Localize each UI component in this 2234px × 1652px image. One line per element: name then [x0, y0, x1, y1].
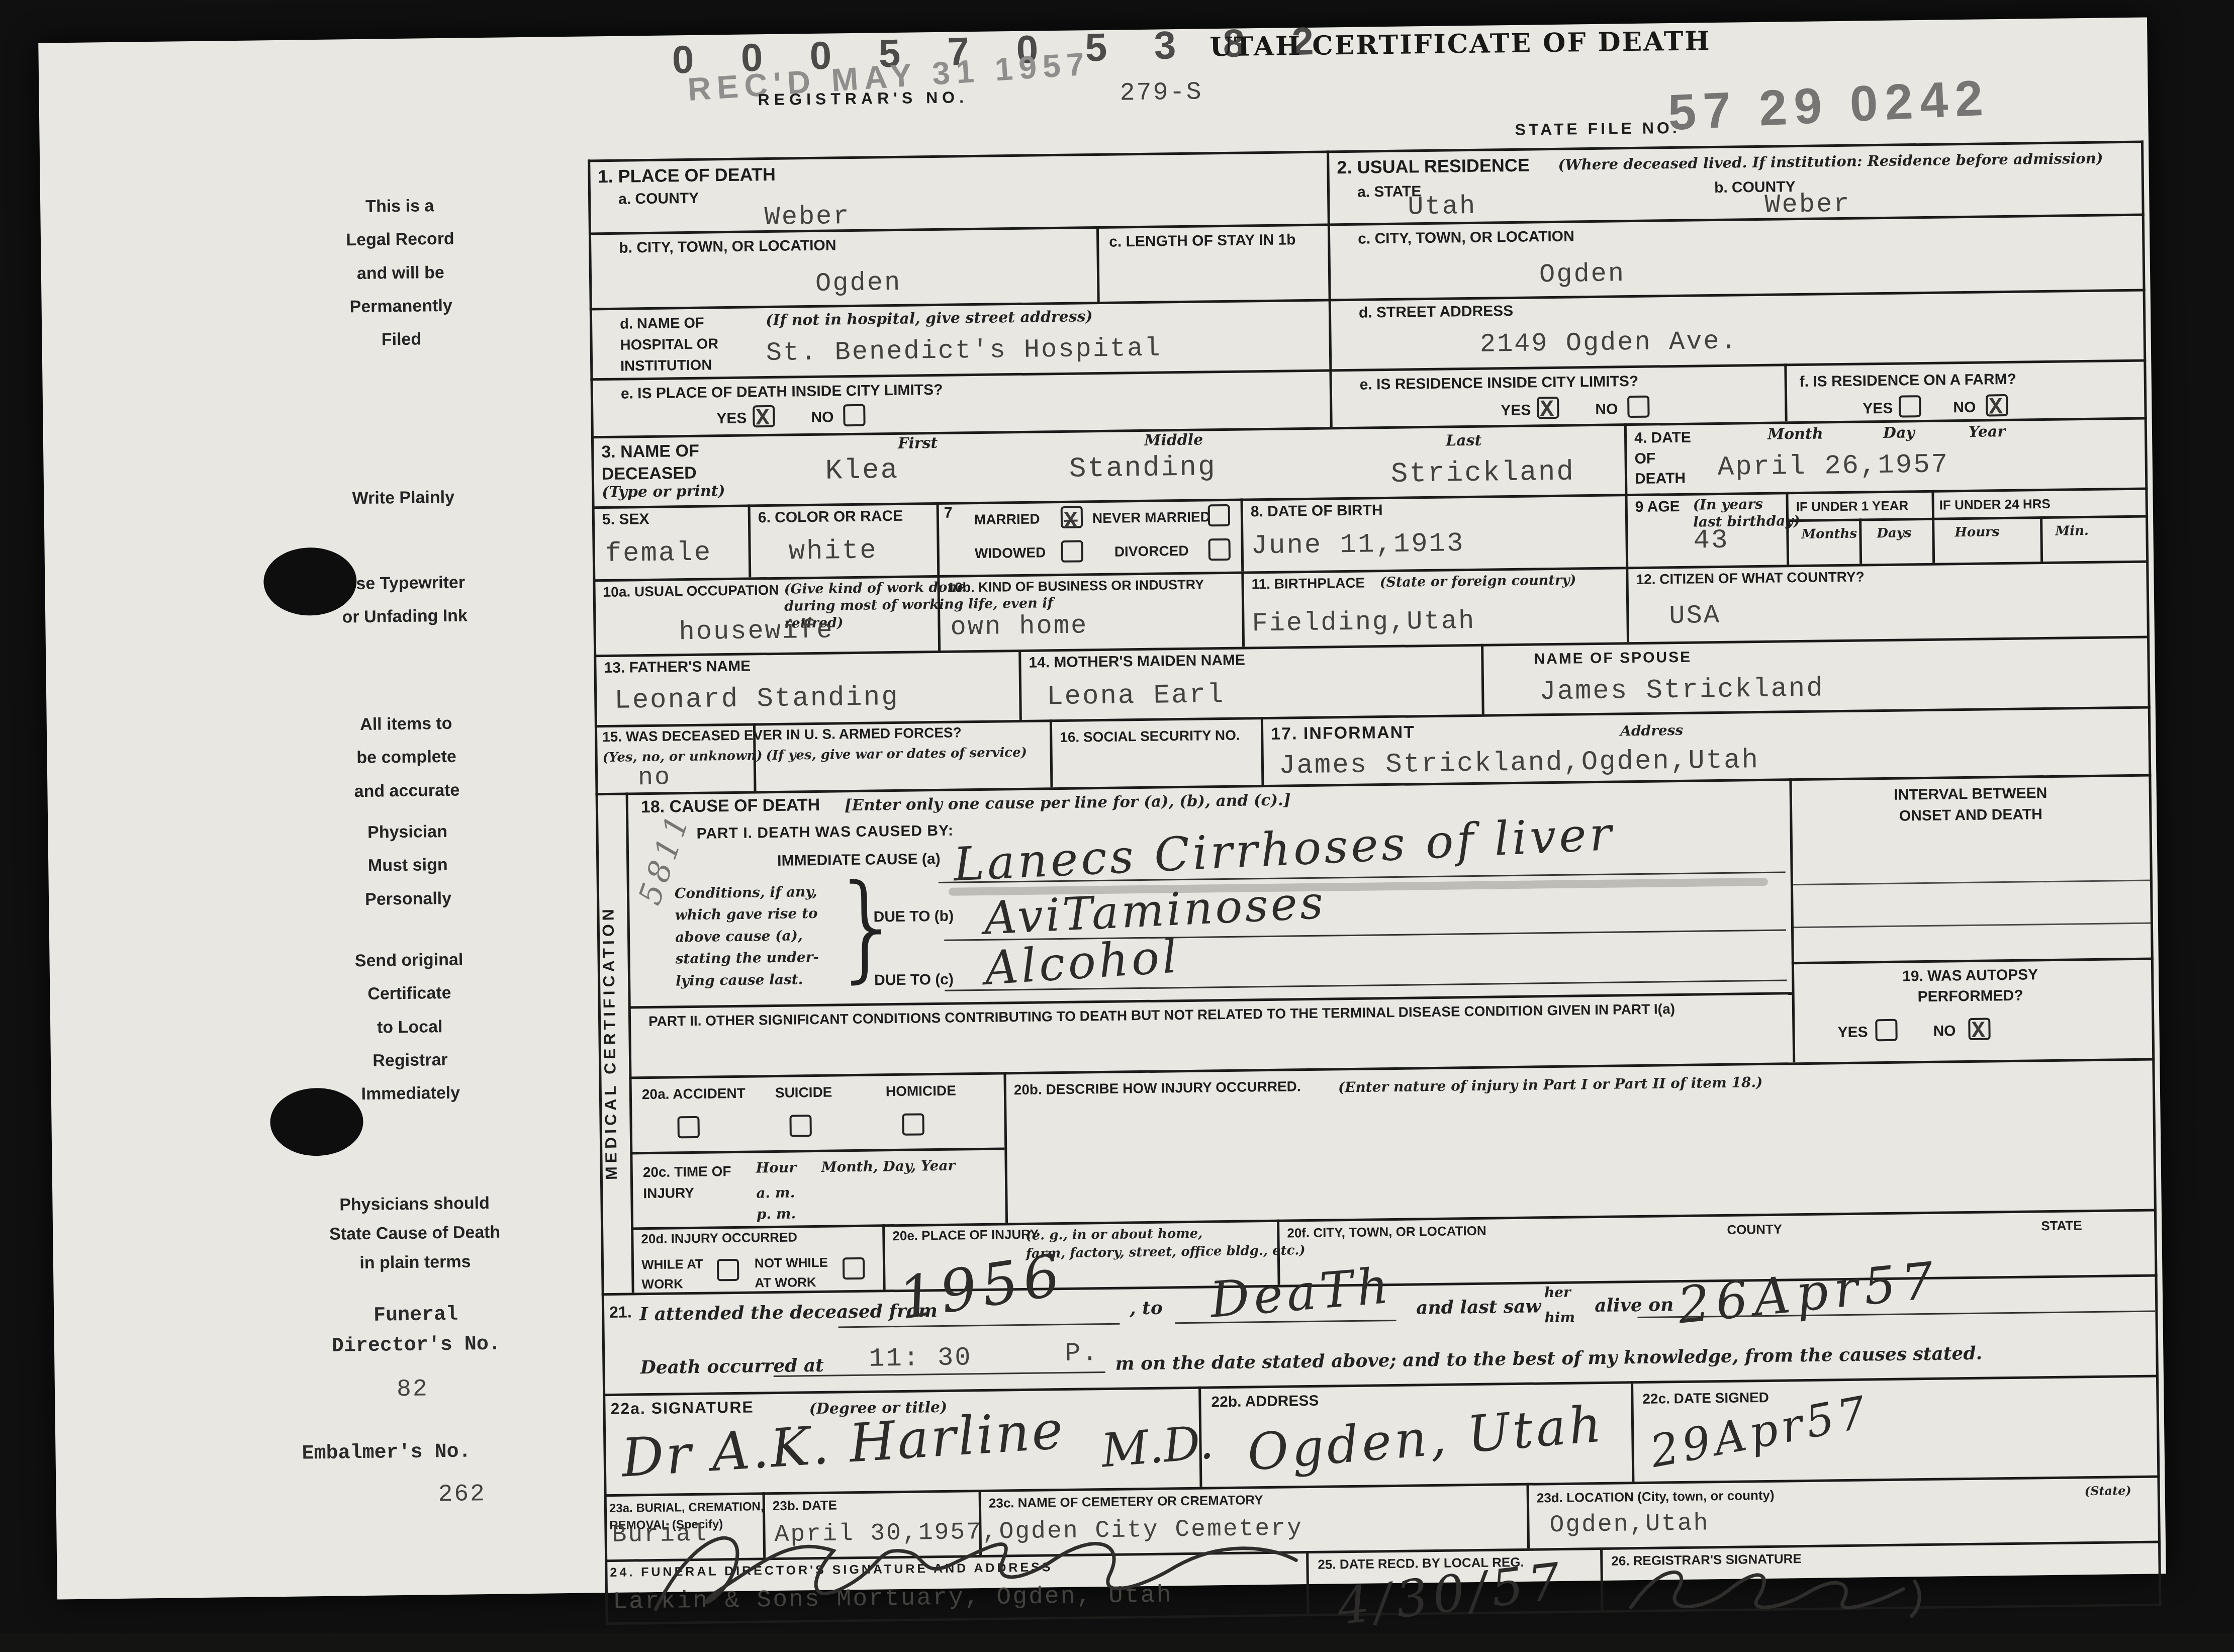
state-file-no-label: STATE FILE NO.	[1515, 119, 1680, 139]
s1a-value: Weber	[764, 202, 851, 232]
s20a-suicide-checkbox	[789, 1115, 812, 1137]
s21-number: 21.	[609, 1303, 632, 1322]
s9-hours-label: Hours	[1954, 524, 2000, 540]
s2b-value: Weber	[1764, 190, 1851, 220]
s19-yes-checkbox	[1875, 1019, 1898, 1042]
hole-punch-bottom	[270, 1087, 364, 1156]
s15-hint1: (Yes, no, or unknown)	[603, 748, 763, 765]
s9-months-label: Months	[1801, 526, 1857, 542]
funeral-directors-no-value: 82	[397, 1375, 429, 1403]
s17-value: James Strickland,Ogden,Utah	[1279, 745, 1760, 782]
s2e-no-label: NO	[1595, 401, 1618, 418]
s20e-hint: (e. g., in or about home, farm, factory,…	[1026, 1223, 1306, 1263]
s16-label: 16. SOCIAL SECURITY NO.	[1060, 727, 1256, 746]
s3-first-label: First	[898, 434, 938, 452]
s11-label: 11. BIRTHPLACE	[1251, 575, 1365, 593]
s21-time-typed: 11: 30	[869, 1343, 972, 1374]
s9-label: 9 AGE	[1635, 498, 1680, 516]
s2f-label: f. IS RESIDENCE ON A FARM?	[1800, 371, 2017, 391]
s20c-am-label: a. m.	[756, 1184, 795, 1202]
margin-note-write-plainly: Write Plainly	[285, 480, 522, 516]
spouse-value: James Strickland	[1539, 673, 1824, 707]
s20f-county-label: COUNTY	[1727, 1222, 1782, 1238]
s9-min-label: Min.	[2055, 523, 2089, 539]
s23d-state-hint: (State)	[2085, 1483, 2131, 1498]
s12-value: USA	[1669, 601, 1721, 631]
s4-year-label: Year	[1969, 423, 2006, 441]
medical-certification-label: MEDICAL CERTIFICATION	[598, 793, 630, 1294]
s20f-state-label: STATE	[2041, 1218, 2082, 1234]
s10b-value: own home	[950, 611, 1088, 642]
s15-value: no	[638, 763, 672, 792]
margin-note-plain-terms: Physicians should State Cause of Death i…	[278, 1188, 551, 1278]
s3-middle-value: Standing	[1069, 451, 1217, 485]
s1b-value: Ogden	[815, 268, 902, 299]
s3-middle-label: Middle	[1144, 431, 1203, 449]
s22b-label: 22b. ADDRESS	[1211, 1393, 1319, 1411]
s15-hint2: (If yes, give war or dates of service)	[766, 745, 1027, 763]
s20d-nwa-label: NOT WHILE AT WORK	[755, 1253, 828, 1293]
s3-hint: (Type or print)	[602, 482, 725, 501]
s13-value: Leonard Standing	[614, 682, 899, 716]
s20c-label: 20c. TIME OF INJURY	[643, 1161, 732, 1204]
s1-label: 1. PLACE OF DEATH	[598, 164, 776, 187]
s2e-no-checkbox	[1627, 396, 1650, 418]
s2-label: 2. USUAL RESIDENCE	[1337, 155, 1530, 178]
s20e-label: 20e. PLACE OF INJURY	[892, 1227, 1039, 1244]
s21-lastseen-handwriting: 26Apr57	[1675, 1250, 1942, 1335]
s20d-wa-label: WHILE AT WORK	[641, 1254, 704, 1294]
interval-label: INTERVAL BETWEEN ONSET AND DEATH	[1797, 782, 2145, 828]
s11-value: Fielding,Utah	[1252, 606, 1475, 638]
s7-divorced-label: DIVORCED	[1114, 543, 1189, 560]
s20d-wa-checkbox	[717, 1259, 739, 1281]
s2c-value: Ogden	[1539, 259, 1626, 290]
s19-no-mark: X	[1971, 1018, 1985, 1044]
s21-text2: , to	[1130, 1298, 1163, 1319]
s7-widowed-checkbox	[1061, 540, 1083, 563]
s20a-homicide-label: HOMICIDE	[886, 1083, 956, 1100]
s1e-no-checkbox	[843, 404, 866, 427]
s7-married-mark: X	[1064, 508, 1078, 534]
s20a-suicide-label: SUICIDE	[775, 1084, 832, 1101]
s3-last-value: Strickland	[1391, 455, 1575, 490]
s19-yes-label: YES	[1837, 1024, 1868, 1041]
s21-text1: I attended the deceased from	[639, 1300, 938, 1325]
s21-text5: Death occurred at	[640, 1355, 824, 1378]
s21-text3: and last saw	[1416, 1296, 1541, 1318]
s20c-pm-label: p. m.	[757, 1206, 796, 1223]
s1d-value: St. Benedict's Hospital	[766, 333, 1162, 368]
s1e-label: e. IS PLACE OF DEATH INSIDE CITY LIMITS?	[621, 382, 943, 403]
s20a-label: 20a. ACCIDENT	[642, 1085, 746, 1103]
s1d-hint: (If not in hospital, give street address…	[766, 308, 1093, 329]
s19-label: 19. WAS AUTOPSY PERFORMED?	[1809, 964, 2131, 1008]
s1e-yes-mark: X	[756, 405, 770, 431]
s2-hint: (Where deceased lived. If institution: R…	[1558, 149, 2136, 173]
s10a-label: 10a. USUAL OCCUPATION	[603, 582, 779, 600]
s7-divorced-checkbox	[1208, 538, 1231, 561]
spouse-label: NAME OF SPOUSE	[1534, 649, 1692, 668]
margin-note-complete: All items to be complete and accurate	[288, 706, 525, 809]
s22c-label: 22c. DATE SIGNED	[1642, 1390, 1769, 1407]
s1e-no-label: NO	[811, 409, 833, 426]
s2f-yes-checkbox	[1899, 395, 1921, 418]
s2d-label: d. STREET ADDRESS	[1359, 303, 1514, 322]
s2f-yes-label: YES	[1863, 400, 1893, 418]
s8-label: 8. DATE OF BIRTH	[1251, 502, 1383, 520]
s20d-label: 20d. INJURY OCCURRED	[641, 1229, 797, 1247]
certificate-title: UTAH CERTIFICATE OF DEATH	[1209, 26, 1711, 62]
s21-from-handwriting: 1956	[894, 1241, 1069, 1333]
s7-widowed-label: WIDOWED	[975, 544, 1046, 562]
s7-never-married-checkbox	[1208, 504, 1231, 527]
s8-value: June 11,1913	[1251, 528, 1465, 562]
s9-under1-label: IF UNDER 1 YEAR	[1796, 498, 1909, 515]
s22a-label: 22a. SIGNATURE	[610, 1398, 754, 1418]
registrar-no-value: 279-S	[1120, 78, 1203, 108]
s2a-value: Utah	[1408, 192, 1477, 222]
s14-label: 14. MOTHER'S MAIDEN NAME	[1029, 652, 1245, 672]
s2c-label: c. CITY, TOWN, OR LOCATION	[1358, 228, 1574, 247]
s10a-value: housewife	[679, 615, 834, 647]
s4-value: April 26,1957	[1717, 449, 1949, 483]
s7-label: 7	[944, 505, 953, 522]
embalmers-no-value: 262	[438, 1481, 486, 1508]
s18-bracket-hint: [Enter only one cause per line for (a), …	[845, 791, 1291, 814]
s21-text6: m on the date stated above; and to the b…	[1115, 1343, 1982, 1374]
s22a-degree-handwriting: M.D.	[1099, 1415, 1216, 1478]
s9-under24-label: IF UNDER 24 HRS	[1939, 496, 2051, 513]
s1e-yes-label: YES	[716, 410, 747, 428]
s2e-label: e. IS RESIDENCE INSIDE CITY LIMITS?	[1360, 373, 1639, 394]
s3-last-label: Last	[1446, 432, 1482, 450]
s1a-label: a. COUNTY	[618, 190, 699, 208]
margin-note-send-original: Send original Certificate to Local Regis…	[291, 942, 529, 1112]
s9-days-label: Days	[1877, 525, 1912, 541]
s2d-value: 2149 Ogden Ave.	[1479, 326, 1738, 359]
s17-addr-label: Address	[1620, 722, 1683, 740]
s7-never-married-label: NEVER MARRIED	[1092, 509, 1211, 526]
s1b-label: b. CITY, TOWN, OR LOCATION	[619, 237, 836, 256]
s20a-accident-checkbox	[677, 1116, 700, 1139]
s20d-nwa-checkbox	[843, 1257, 865, 1280]
s3-first-value: Klea	[825, 454, 899, 487]
s18-part1-label: PART I. DEATH WAS CAUSED BY:	[696, 822, 954, 843]
certificate-paper: 0 0 0 5 7 0 5 3 8 2 REC'D MAY 31 1957 RE…	[38, 17, 2166, 1599]
s18-conditions-hint: Conditions, if any, which gave rise to a…	[675, 881, 819, 991]
s21-to-handwriting: DeaTh	[1208, 1257, 1395, 1329]
s17-label: 17. INFORMANT	[1271, 722, 1415, 744]
s21-pm-typed: P.	[1065, 1338, 1099, 1368]
s18-due-b-label: DUE TO (b)	[873, 908, 954, 926]
s21-text4: alive on	[1595, 1294, 1674, 1316]
s3-label: 3. NAME OF DECEASED	[601, 440, 700, 486]
embalmers-no-label: Embalmer's No.	[302, 1440, 471, 1465]
s23d-label: 23d. LOCATION (City, town, or county)	[1537, 1488, 1775, 1506]
s1d-label: d. NAME OF HOSPITAL OR INSTITUTION	[620, 312, 719, 377]
s2f-no-label: NO	[1953, 399, 1976, 417]
s21-her-label: her	[1544, 1284, 1571, 1301]
s19-no-label: NO	[1933, 1023, 1956, 1040]
margin-note-physician-sign: Physician Must sign Personally	[289, 814, 526, 917]
s18-due-c-label: DUE TO (c)	[874, 971, 954, 989]
s14-value: Leona Earl	[1047, 680, 1225, 712]
s20b-hint: (Enter nature of injury in Part I or Par…	[1338, 1074, 1763, 1095]
s21-him-label: him	[1544, 1309, 1575, 1326]
margin-note-legal-record: This is a Legal Record and will be Perma…	[282, 188, 520, 357]
s5-label: 5. SEX	[602, 511, 649, 528]
s12-label: 12. CITIZEN OF WHAT COUNTRY?	[1636, 569, 1865, 588]
s1c-label: c. LENGTH OF STAY IN 1b	[1109, 231, 1296, 251]
s20c-mdy-label: Month, Day, Year	[821, 1157, 955, 1175]
s20c-hour-label: Hour	[756, 1159, 796, 1176]
s2f-no-mark: X	[1989, 394, 2003, 420]
state-file-no-stamp: 57 29 0242	[1667, 69, 1991, 142]
s6-label: 6. COLOR OR RACE	[758, 508, 903, 527]
s4-label: 4. DATE OF DEATH	[1634, 428, 1692, 490]
s2e-yes-label: YES	[1501, 402, 1531, 420]
s6-value: white	[788, 535, 878, 567]
s15-label: 15. WAS DECEASED EVER IN U. S. ARMED FOR…	[602, 724, 962, 745]
s2e-yes-mark: X	[1540, 397, 1554, 423]
s7-married-label: MARRIED	[974, 511, 1040, 528]
s4-month-label: Month	[1767, 425, 1823, 443]
s5-value: female	[605, 537, 712, 570]
s13-label: 13. FATHER'S NAME	[604, 658, 751, 677]
funeral-directors-no-label: Funeral Director's No.	[305, 1299, 527, 1362]
scanned-death-certificate: 0 0 0 5 7 0 5 3 8 2 REC'D MAY 31 1957 RE…	[0, 0, 2234, 1633]
registrar-signature-scribble	[1620, 1553, 1943, 1623]
s20f-label: 20f. CITY, TOWN, OR LOCATION	[1287, 1223, 1486, 1241]
s20b-label: 20b. DESCRIBE HOW INJURY OCCURRED.	[1014, 1078, 1301, 1098]
s10b-label: 10b. KIND OF BUSINESS OR INDUSTRY	[947, 577, 1204, 595]
s23d-value: Ogden,Utah	[1549, 1510, 1710, 1539]
s20a-homicide-checkbox	[902, 1113, 924, 1136]
s11-hint: (State or foreign country)	[1379, 572, 1576, 590]
registrar-no-label: REGISTRAR'S NO.	[758, 88, 969, 109]
funeral-director-signature-scribble	[639, 1501, 1315, 1624]
s4-day-label: Day	[1883, 424, 1915, 442]
s9-value: 43	[1693, 525, 1729, 557]
